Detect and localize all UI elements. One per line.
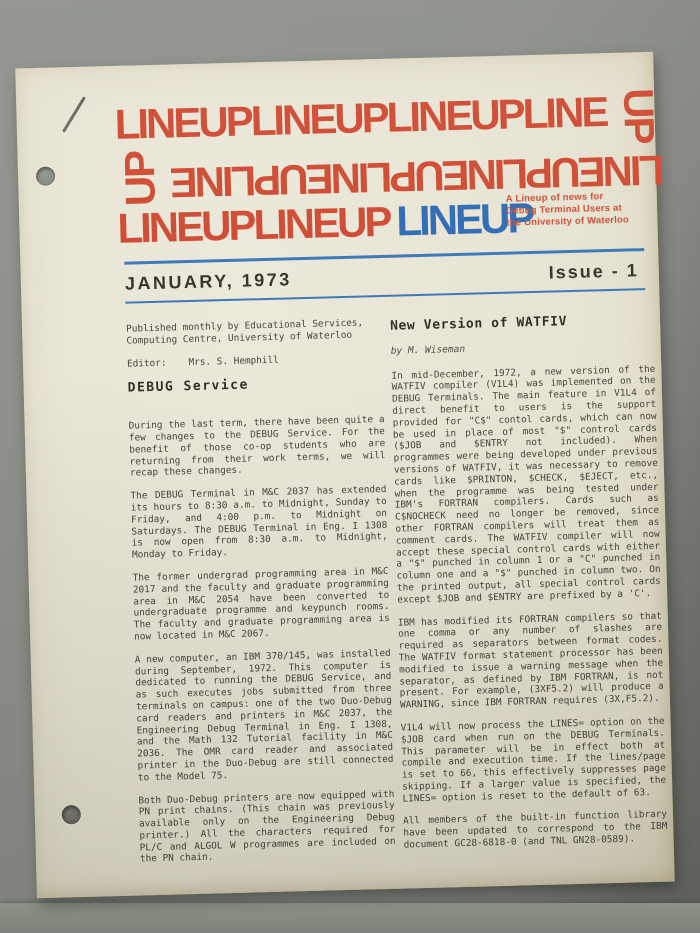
watfiv-paragraph-3: V1L4 will now process the LINES= option … — [400, 716, 666, 805]
article-byline: by M. Wiseman — [391, 339, 655, 358]
editor-name: Mrs. S. Hemphill — [188, 354, 279, 367]
debug-paragraph-4: A new computer, an IBM 370/145, was inst… — [135, 648, 394, 784]
masthead-tagline: A Lineup of news for Debug Terminal User… — [506, 190, 629, 229]
issue-date: JANUARY, 1973 — [125, 269, 292, 294]
watfiv-paragraph-1: In mid-December, 1972, a new version of … — [391, 363, 661, 606]
issue-number: Issue - 1 — [548, 260, 639, 283]
masthead-repeat-text: LINEUPLINEUPLINEUPLINE — [114, 88, 607, 148]
table-edge — [0, 903, 700, 933]
punch-hole-bottom — [62, 805, 81, 824]
masthead-rotated-up-inverted: UP — [119, 151, 162, 206]
debug-paragraph-5: Both Duo-Debug printers are now equipped… — [138, 788, 396, 865]
masthead-line-1: LINEUPLINEUPLINEUPLINEUP — [114, 90, 663, 152]
article-heading-watfiv: New Version of WATFIV — [390, 314, 654, 333]
debug-paragraph-2: The DEBUG Terminal in M&C 2037 has exten… — [130, 484, 388, 561]
right-column: New Version of WATFIV by M. Wiseman In m… — [390, 314, 668, 852]
left-column: Published monthly by Educational Service… — [126, 317, 396, 866]
punch-hole-top — [36, 166, 55, 185]
editor-line: Editor:Mrs. S. Hemphill — [127, 352, 383, 370]
watfiv-paragraph-4: All members of the built-in function lib… — [403, 809, 668, 851]
masthead-line3-red: LINEUPLINEUP — [117, 198, 390, 252]
debug-paragraph-3: The former undergrad programming area in… — [132, 566, 390, 643]
pencil-mark — [62, 96, 86, 133]
watfiv-paragraph-2: IBM has modified its FORTRAN compilers s… — [398, 610, 664, 711]
photo-scene: LINEUPLINEUPLINEUPLINEUP LINEUPLINEUPLIN… — [0, 0, 700, 933]
masthead-rotated-up: UP — [617, 88, 660, 143]
editor-label: Editor: — [127, 357, 167, 369]
debug-paragraph-1: During the last term, there have been qu… — [129, 414, 386, 480]
article-heading-debug-service: DEBUG Service — [128, 376, 384, 394]
newsletter-page: LINEUPLINEUPLINEUPLINEUP LINEUPLINEUPLIN… — [15, 52, 675, 898]
